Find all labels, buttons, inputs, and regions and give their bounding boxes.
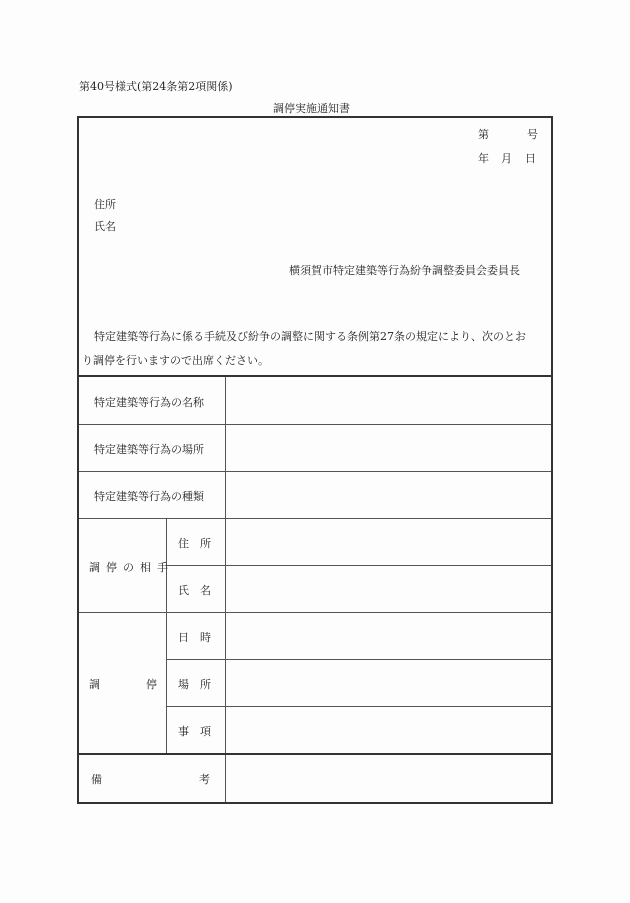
- counterparty-name-field[interactable]: [227, 566, 551, 611]
- notice-header: 第 号 年 月 日 住所 氏名 横須賀市特定建築等行為紛争調整委員会委員長 特定…: [79, 118, 551, 377]
- form-table: 第 号 年 月 日 住所 氏名 横須賀市特定建築等行為紛争調整委員会委員長 特定…: [77, 116, 553, 804]
- date-month: 月: [501, 150, 512, 166]
- counterparty-label: 調停の相手: [89, 559, 174, 575]
- act-type-label: 特定建築等行為の種類: [94, 488, 204, 504]
- number-dai: 第: [478, 126, 489, 142]
- act-name-field[interactable]: [227, 378, 551, 423]
- document-title: 調停実施通知書: [273, 100, 350, 116]
- mediation-place-label: 場 所: [178, 676, 211, 692]
- counterparty-name-label: 氏 名: [178, 582, 211, 598]
- counterparty-address-field[interactable]: [227, 519, 551, 564]
- label-divider: [225, 377, 226, 802]
- number-go: 号: [527, 126, 538, 142]
- remarks-label-right: 考: [199, 771, 210, 787]
- form-number: 第40号様式(第24条第2項関係): [79, 78, 233, 94]
- act-place-field[interactable]: [227, 425, 551, 470]
- issuer: 横須賀市特定建築等行為紛争調整委員会委員長: [289, 262, 520, 278]
- remarks-field[interactable]: [227, 755, 551, 802]
- mediation-datetime-field[interactable]: [227, 613, 551, 658]
- name-label: 氏名: [94, 218, 116, 234]
- mediation-place-field[interactable]: [227, 660, 551, 705]
- counterparty-address-label: 住 所: [178, 535, 211, 551]
- mediation-matters-label: 事 項: [178, 723, 211, 739]
- mediation-label-left: 調: [89, 676, 100, 692]
- address-label: 住所: [94, 196, 116, 212]
- date-day: 日: [525, 150, 536, 166]
- mediation-label-right: 停: [146, 676, 157, 692]
- mediation-matters-field[interactable]: [227, 707, 551, 752]
- act-name-label: 特定建築等行為の名称: [94, 394, 204, 410]
- sublabel-divider: [166, 518, 167, 754]
- act-type-field[interactable]: [227, 472, 551, 517]
- remarks-label-left: 備: [91, 771, 102, 787]
- notice-body-line2: り調停を行いますので出席ください。: [82, 352, 269, 368]
- act-place-label: 特定建築等行為の場所: [94, 441, 204, 457]
- date-year: 年: [478, 150, 489, 166]
- mediation-datetime-label: 日 時: [178, 629, 211, 645]
- notice-body-line1: 特定建築等行為に係る手続及び紛争の調整に関する条例第27条の規定により、次のとお: [94, 328, 526, 344]
